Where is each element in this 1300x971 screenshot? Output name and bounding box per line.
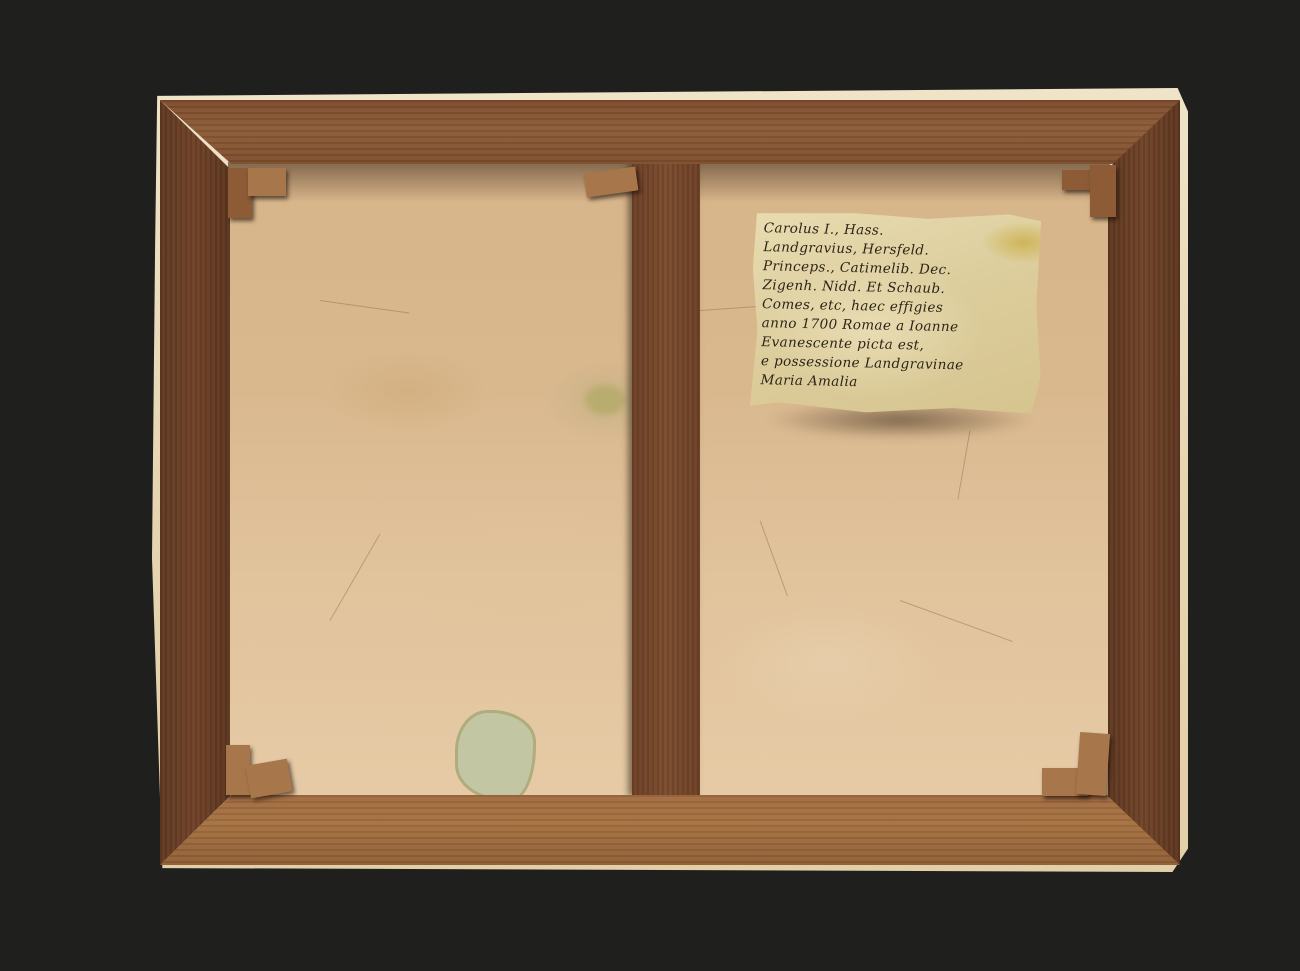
handwritten-label-note: Carolus I., Hass. Landgravius, Hersfeld.… xyxy=(750,207,1044,418)
green-stain xyxy=(455,710,536,801)
painting-back-photo: Carolus I., Hass. Landgravius, Hersfeld.… xyxy=(0,0,1300,971)
corner-key xyxy=(1090,165,1116,217)
note-text: Carolus I., Hass. Landgravius, Hersfeld.… xyxy=(760,219,1036,396)
stretcher-center-crossbar xyxy=(632,164,700,796)
corner-key xyxy=(1062,170,1092,190)
stretcher-bottom-bar xyxy=(160,795,1180,865)
corner-key xyxy=(1076,732,1110,796)
corner-key xyxy=(248,168,286,196)
stretcher-left-bar xyxy=(160,100,230,865)
stretcher-top-bar xyxy=(160,100,1180,164)
stretcher-right-bar xyxy=(1108,100,1180,865)
olive-stain xyxy=(585,385,625,415)
